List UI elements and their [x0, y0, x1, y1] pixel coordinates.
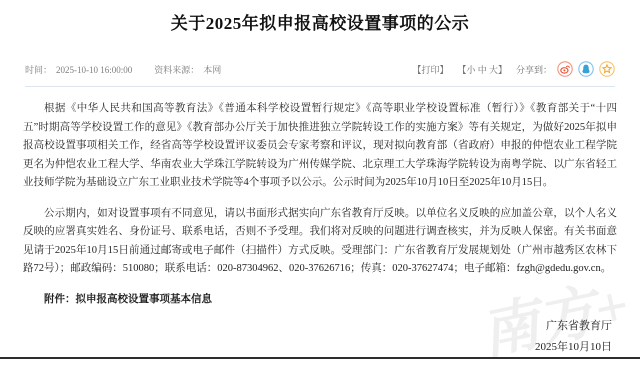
share-icon-group	[557, 61, 615, 77]
article-tools: 【打印】 【小 中 大】 分享到：	[412, 61, 615, 77]
meta-separator	[25, 86, 615, 87]
paragraph-1: 根据《中华人民共和国高等教育法》《普通本科学校设置暂行规定》《高等职业学校设置标…	[23, 100, 617, 193]
favorite-star-icon[interactable]	[599, 61, 615, 77]
time-value: 2025-10-10 16:00:00	[56, 65, 132, 75]
article-body: 根据《中华人民共和国高等教育法》《普通本科学校设置暂行规定》《高等职业学校设置标…	[0, 100, 640, 309]
weibo-share-icon[interactable]	[557, 61, 573, 77]
print-button[interactable]: 【打印】	[412, 63, 448, 76]
signature-block: 广东省教育厅 2025年10月10日	[535, 317, 612, 354]
announcement-page: 关于2025年拟申报高校设置事项的公示 时间：2025-10-10 16:00:…	[0, 0, 640, 368]
signature-date: 2025年10月10日	[535, 338, 612, 354]
attachment-line: 附件：拟申报高校设置事项基本信息	[23, 291, 617, 310]
meta-info: 时间：2025-10-10 16:00:00资料来源：本网	[25, 63, 225, 76]
source-label: 资料来源：	[154, 65, 199, 75]
meta-bar: 时间：2025-10-10 16:00:00资料来源：本网 【打印】 【小 中 …	[0, 61, 640, 77]
source-value: 本网	[203, 65, 221, 75]
font-size-control[interactable]: 【小 中 大】	[457, 63, 507, 76]
share-label: 分享到：	[516, 63, 552, 76]
paragraph-2: 公示期内，如对设置事项有不同意见，请以书面形式据实向广东省教育厅反映。以单位名义…	[23, 205, 617, 279]
qq-share-icon[interactable]	[578, 61, 594, 77]
time-label: 时间：	[25, 65, 52, 75]
signature-org: 广东省教育厅	[535, 317, 612, 333]
page-title: 关于2025年拟申报高校设置事项的公示	[0, 0, 640, 34]
bottom-divider	[0, 357, 640, 359]
